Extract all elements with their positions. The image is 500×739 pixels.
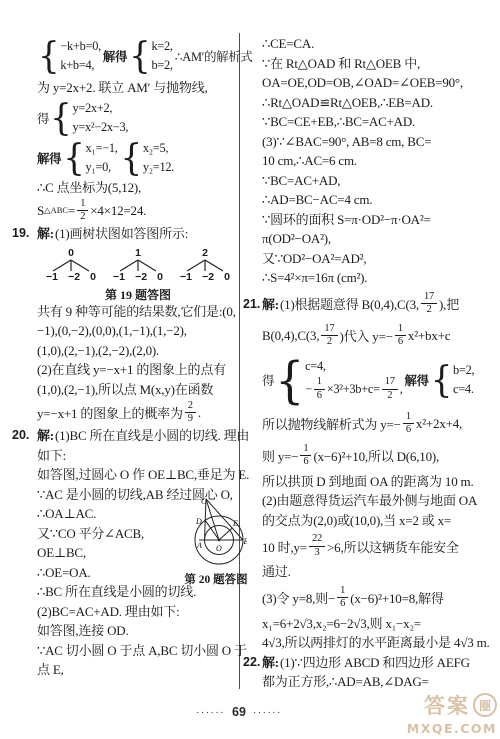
line-text: x²+bx+c [408, 328, 450, 344]
line-text: 得 [37, 109, 49, 127]
tree-branches [182, 259, 228, 272]
system-row: −k+b=0, [60, 37, 101, 56]
solution-line: ∴C 点坐标为(5,12), [37, 178, 239, 198]
page: { "sym": { "lbrace": "{" }, "left": { "s… [0, 0, 500, 739]
fraction: 1 2 [77, 198, 88, 224]
equation-system: { b=2, c=4. [431, 361, 475, 399]
solution-line: (1,0),(2,−1),所以点 M(x,y)在函数 [37, 380, 239, 400]
point-label-d: D [195, 517, 202, 526]
solution-line: { −k+b=0, k+b=4, 解得 { k=2, b=2, ∴AM′的解析式 [37, 34, 239, 78]
line-text: (x−6)²+10,所以 D(6,10), [313, 446, 439, 465]
solution-line: (3)令 y=8,则− 1 6 (x−6)²+10=8,解得 [262, 582, 493, 614]
system-stack: k=2, b=2, [151, 37, 172, 75]
system-row: x₂=5, [143, 139, 174, 158]
system-row: k=2, [151, 37, 172, 56]
solve-label: 解得 [103, 47, 127, 65]
tree-leaf: −2 [68, 272, 80, 283]
system-brace: { [63, 139, 84, 176]
system-row: y₂=12. [143, 158, 174, 177]
system-row: x₁=−1, [86, 139, 118, 158]
solution-line: 22.解:(1)∵四边形 ABCD 和四边形 AEFG [262, 653, 493, 673]
tree-leaf: 0 [90, 272, 96, 283]
circle-figure-svg: C D E A B O [185, 496, 247, 566]
system-stack: b=2, c=4. [453, 361, 474, 399]
line-text: = [68, 203, 75, 219]
solution-line: π(OD²−OA²), [262, 229, 493, 249]
tree: 1 −1 −2 0 [113, 248, 163, 283]
fraction: 1 6 [403, 411, 414, 437]
solution-line: (1,0),(2,−1),(2,−2),(2,0). [37, 341, 239, 361]
solution-line: 所以抛物线解析式为 y=− 1 6 x²+2x+4, [262, 408, 493, 440]
fraction-numerator: 17 [321, 323, 337, 337]
tree-branches [48, 259, 94, 272]
system-stack: y=2x+2, y=x²−2x−3, [72, 99, 128, 137]
solve-label: 解: [262, 655, 279, 670]
solution-line: ∵在 Rt△OAD 和 Rt△OEB 中, [262, 54, 493, 74]
line-text: 10 时,y= [262, 537, 307, 556]
fraction-denominator: 2 [423, 304, 434, 317]
problem-number: 21. [243, 297, 260, 311]
solution-line: 20.解:(1)BC 所在直线是小圆的切线. 理由 [37, 426, 239, 446]
solution-line: (2)BC=AC+AD. 理由如下: [37, 602, 239, 622]
system-brace: { [431, 361, 452, 398]
system-brace: { [50, 99, 71, 136]
line-text: (3)令 y=8,则− [262, 588, 335, 607]
column-divider [239, 33, 240, 689]
watermark-domain: MXQE.COM [407, 721, 497, 736]
solution-line: OA=OE,OD=OB,∠OAD=∠OEB=90°, [262, 73, 493, 93]
line-text: ×4×12=24. [90, 203, 146, 219]
line-text: 所以抛物线解析式为 y=− [262, 414, 401, 433]
fraction-numerator: 1 [337, 585, 348, 599]
fraction-numerator: 2 [185, 400, 196, 414]
tree-leaf: 0 [157, 272, 163, 283]
line-text: (1)画树状图如答图所示: [55, 226, 188, 241]
solution-line: y=−x+1 的图象上的概率为 2 9 . [37, 399, 239, 426]
solution-line: 10 时,y= 22 3 >6,所以这辆货车能安全 [262, 530, 493, 562]
fraction: 1 6 [314, 376, 325, 402]
system-stack: x₁=−1, y₁=0, [86, 139, 118, 177]
solution-line: (2)在直线 y=−x+1 的图象上的点有 [37, 360, 239, 380]
solution-line: ∵圆环的面积 S=π·OD²−π·OA²= [262, 210, 493, 230]
line-text: (x−6)²+10=8,解得 [350, 588, 444, 607]
system-row: y=x²−2x−3, [72, 118, 128, 137]
line-text: (1)BC 所在直线是小圆的切线. 理由 [55, 428, 249, 443]
solution-line: 点 E, [37, 660, 239, 680]
equation-system: { c=4, − 1 6 ×3²+3b+c= 17 2 , [275, 357, 402, 403]
line-text: (1)根据题意得 B(0,4),C(3, [280, 294, 419, 313]
solution-line: 10 cm,∴AC=6 cm. [262, 151, 493, 171]
tree: 2 −1 −2 0 [180, 248, 230, 283]
line-text: B(0,4),C(3, [262, 328, 319, 344]
fraction-denominator: 9 [185, 413, 196, 426]
system-brace: { [275, 355, 304, 405]
equation-system: { y=2x+2, y=x²−2x−3, [50, 99, 128, 137]
line-text: >6,所以这辆货车能安全 [327, 537, 459, 556]
watermark-title: 答案 圈 [407, 690, 497, 720]
solution-line: ∵BC=CE+EB,∴BC=AC+AD. [262, 112, 493, 132]
fraction-denominator: 6 [403, 424, 414, 437]
solution-line: ∴Rt△OAD≌Rt△OEB,∴EB=AD. [262, 93, 493, 113]
line-text: 则 y=− [262, 446, 298, 465]
tree-leaves: −1 −2 0 [180, 272, 230, 283]
system-row: k+b=4, [60, 56, 101, 75]
tree-leaves: −1 −2 0 [46, 272, 96, 283]
fraction-denominator: 6 [337, 598, 348, 611]
tree-leaf: −2 [135, 272, 147, 283]
figure-caption: 第 19 题答图 [37, 286, 239, 303]
watermark: 答案 圈 MXQE.COM [407, 690, 497, 736]
system-stack: −k+b=0, k+b=4, [60, 37, 101, 75]
solve-label: 解得 [405, 371, 429, 389]
line-text: x²+2x+4, [416, 416, 462, 432]
page-dots: ······ [196, 707, 225, 718]
watermark-badge-icon: 圈 [473, 693, 497, 717]
fraction-denominator: 6 [395, 336, 406, 349]
line-text: , [400, 380, 403, 399]
system-row: c=4. [453, 380, 474, 399]
line-text: . [198, 405, 201, 421]
system-stack: c=4, − 1 6 ×3²+3b+c= 17 2 , [305, 357, 402, 402]
right-column: ∴CE=CA. ∵在 Rt△OAD 和 Rt△OEB 中, OA=OE,OD=O… [241, 34, 493, 692]
point-label-a: A [196, 541, 202, 550]
solution-line: ∴CE=CA. [262, 34, 493, 54]
tree-leaf: −1 [46, 272, 58, 283]
fraction: 1 6 [395, 323, 406, 349]
fraction-numerator: 1 [300, 443, 311, 457]
tree-root: 0 [68, 248, 74, 259]
fraction-numerator: 1 [395, 323, 406, 337]
solution-line: 通过. [262, 562, 493, 582]
line-text: y=−x+1 的图象上的概率为 [37, 403, 183, 422]
solution-line: 如答图,连接 OD. [37, 621, 239, 641]
problem-number: 20. [12, 426, 29, 446]
problem-number: 22. [243, 653, 260, 673]
tree-row: 0 −1 −2 0 1 [37, 248, 239, 283]
solution-line: B(0,4),C(3, 17 2 )代入 y=− 1 6 x²+bx+c [262, 320, 493, 352]
tree-root: 1 [135, 248, 141, 259]
fraction-denominator: 6 [314, 390, 325, 403]
tree: 0 −1 −2 0 [46, 248, 96, 283]
fraction-numerator: 22 [309, 533, 325, 547]
fraction-numerator: 1 [77, 198, 88, 212]
system-brace: { [129, 38, 150, 75]
system-row: y=2x+2, [72, 99, 128, 118]
solution-line: 得 { c=4, − 1 6 ×3²+3b+c= 17 2 , [262, 352, 493, 408]
tree-leaves: −1 −2 0 [113, 272, 163, 283]
line-text: (1)∵四边形 ABCD 和四边形 AEFG [280, 655, 470, 670]
line-text: − [305, 380, 312, 399]
system-row: c=4, [305, 357, 402, 376]
point-label-c: C [201, 497, 207, 506]
solution-line: 则 y=− 1 6 (x−6)²+10,所以 D(6,10), [262, 440, 493, 472]
line-text: ),把 [439, 294, 459, 313]
page-number-value: 69 [232, 705, 246, 719]
page-dots: ······ [253, 707, 282, 718]
solution-line: −1),(0,−2),(0,0),(1,−1),(1,−2), [37, 321, 239, 341]
solution-line: 得 { y=2x+2, y=x²−2x−3, [37, 98, 239, 138]
left-column: { −k+b=0, k+b=4, 解得 { k=2, b=2, ∴AM′的解析式… [12, 34, 239, 680]
solution-line: 21. 解: (1)根据题意得 B(0,4),C(3, 17 2 ),把 [262, 288, 493, 320]
solution-line: (2)由题意得货运汽车最外侧与地面 OA [262, 491, 493, 511]
fraction-numerator: 1 [314, 376, 325, 390]
line-text: 得 [262, 371, 274, 389]
solve-label: 解得 [37, 149, 61, 167]
problem-number: 19. [12, 224, 29, 244]
system-brace: { [121, 139, 142, 176]
solution-line: 4√3,所以两排灯的水平距离最小是 4√3 m. [262, 633, 493, 653]
solve-label: 解: [37, 226, 54, 241]
fraction: 2 9 [185, 400, 196, 426]
equation-system: { −k+b=0, k+b=4, [38, 37, 101, 75]
fraction: 22 3 [309, 533, 325, 559]
fraction: 1 6 [300, 443, 311, 469]
tree-leaf: −2 [202, 272, 214, 283]
fraction-denominator: 2 [77, 211, 88, 224]
solution-line: x₁=6+2√3,x₂=6−2√3,则 x₁−x₂= [262, 614, 493, 634]
solve-label: 解: [37, 428, 54, 443]
solution-line: 解得 { x₁=−1, y₁=0, { x₂=5, y₂=12. [37, 138, 239, 178]
solve-label: 解: [262, 294, 279, 313]
solution-line: ∴S=4²×π=16π (cm²). [262, 268, 493, 288]
system-row: b=2, [151, 56, 172, 75]
subscript: △ABC [44, 205, 68, 216]
solution-line: 19.解:(1)画树状图如答图所示: [37, 224, 239, 244]
fraction: 17 2 [382, 376, 398, 402]
solution-line: 的交点为(2,0)或(10,0),当 x=2 或 x= [262, 511, 493, 531]
system-row: y₁=0, [86, 158, 118, 177]
fraction: 1 6 [337, 585, 348, 611]
tree-diagram: 0 −1 −2 0 1 [37, 244, 239, 302]
solution-line: 为 y=2x+2. 联立 AM′ 与抛物线, [37, 78, 239, 98]
system-row: − 1 6 ×3²+3b+c= 17 2 , [305, 376, 402, 402]
solution-line: 如下: [37, 446, 239, 466]
system-brace: { [38, 38, 59, 75]
solution-line: (3)∵∠BAC=90°, AB=8 cm, BC= [262, 132, 493, 152]
solution-line: ∴AD=BC−AC=4 cm. [262, 190, 493, 210]
fraction-denominator: 6 [300, 456, 311, 469]
equation-system: { x₂=5, y₂=12. [121, 139, 175, 177]
solution-line: S△ABC= 1 2 ×4×12=24. [37, 197, 239, 224]
solution-line: 如答图,过圆心 O 作 OE⊥BC,垂足为 E. [37, 465, 239, 485]
equation-system: { k=2, b=2, [129, 37, 173, 75]
point-label-e: E [232, 519, 238, 528]
line-text: ×3²+3b+c= [327, 380, 380, 399]
fraction: 17 2 [321, 323, 337, 349]
solution-line: 共有 9 种等可能的结果数,它们是:(0, [37, 302, 239, 322]
watermark-text: 答案 [424, 690, 470, 720]
tree-leaf: −1 [113, 272, 125, 283]
system-row: b=2, [453, 361, 474, 380]
fraction-denominator: 2 [324, 336, 335, 349]
fraction-denominator: 2 [384, 390, 395, 403]
tree-root: 2 [202, 248, 208, 259]
tree-leaf: 0 [224, 272, 230, 283]
tree-branches [115, 259, 161, 272]
equation-system: { x₁=−1, y₁=0, [63, 139, 117, 177]
line-text: S [37, 203, 44, 219]
fraction-numerator: 17 [421, 291, 437, 305]
fraction-numerator: 17 [382, 376, 398, 390]
tree-leaf: −1 [180, 272, 192, 283]
solution-line: 都为正方形,∴AD=AB,∠DAG= [262, 672, 493, 692]
fraction-numerator: 1 [403, 411, 414, 425]
fraction-denominator: 3 [311, 547, 322, 560]
solution-line: 又∵OD²−OA²=AD², [262, 249, 493, 269]
line-text: )代入 y=− [340, 326, 393, 345]
system-stack: x₂=5, y₂=12. [143, 139, 174, 177]
fraction: 17 2 [421, 291, 437, 317]
solution-line: ∵BC=AC+AD, [262, 171, 493, 191]
solution-line: ∵AC 切小圆 O 于点 A,BC 切小圆 O 于 [37, 641, 239, 661]
solution-line: 所以拱顶 D 到地面 OA 的距离为 10 m. [262, 472, 493, 492]
point-label-o: O [216, 544, 222, 553]
